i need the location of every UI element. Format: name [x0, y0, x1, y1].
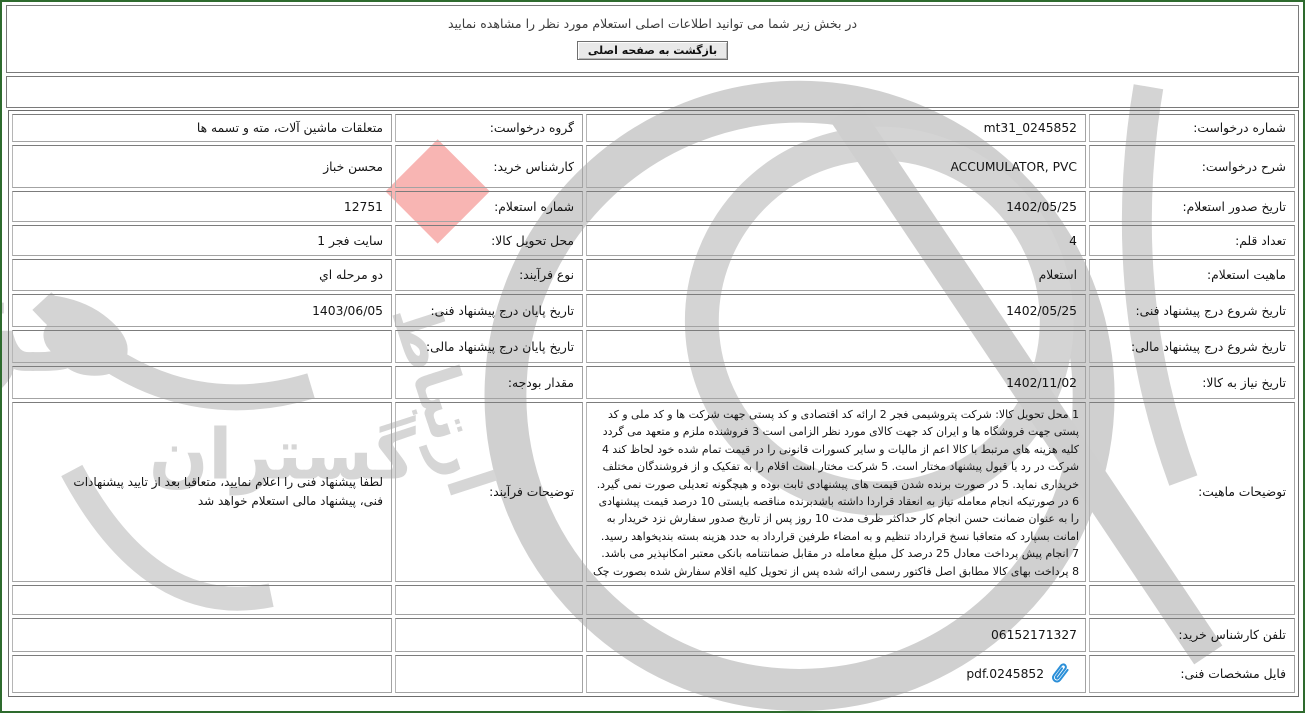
- fin-proposal-start-date-label: تاریخ شروع درج پیشنهاد مالی:: [1089, 330, 1295, 363]
- purchase-expert-value: محسن خباز: [12, 145, 392, 188]
- paperclip-icon[interactable]: [1047, 661, 1073, 687]
- table-row: فایل مشخصات فنی: pdf.0245852: [12, 655, 1295, 693]
- empty-band: [6, 76, 1299, 108]
- nature-description-value: 1 محل تحویل کالا: شرکت پتروشیمی فجر 2 ار…: [586, 402, 1086, 582]
- table-row: تلفن کارشناس خرید: 06152171327: [12, 618, 1295, 652]
- table-row: تاریخ صدور استعلام: 1402/05/25 شماره است…: [12, 191, 1295, 222]
- delivery-location-label: محل تحویل کالا:: [395, 225, 583, 256]
- table-row: ماهیت استعلام: استعلام نوع فرآیند: دو مر…: [12, 259, 1295, 291]
- table-row: تعداد قلم: 4 محل تحویل کالا: سایت فجر 1: [12, 225, 1295, 256]
- tech-proposal-start-date-label: تاریخ شروع درج پیشنهاد فنی:: [1089, 294, 1295, 327]
- header-box: در بخش زیر شما می توانید اطلاعات اصلی اس…: [6, 5, 1299, 73]
- budget-amount-value: [12, 366, 392, 399]
- empty-cell: [12, 655, 392, 693]
- inquiry-issue-date-label: تاریخ صدور استعلام:: [1089, 191, 1295, 222]
- purchase-expert-label: کارشناس خرید:: [395, 145, 583, 188]
- request-group-value: متعلقات ماشين آلات، مته و تسمه ها: [12, 114, 392, 142]
- button-row: بازگشت به صفحه اصلی: [7, 39, 1298, 60]
- process-description-value: لطفا پیشنهاد فنی را اعلام نمایید، متعاقب…: [12, 402, 392, 582]
- table-row: تاریخ شروع درج پیشنهاد مالی: تاریخ پایان…: [12, 330, 1295, 363]
- process-type-value: دو مرحله اي: [12, 259, 392, 291]
- request-description-value: ACCUMULATOR, PVC: [586, 145, 1086, 188]
- inquiry-details-page: هزاره گستران ارتباط در بخش زیر شما می تو…: [0, 0, 1305, 713]
- nature-description-label: توضیحات ماهیت:: [1089, 402, 1295, 582]
- empty-cell: [395, 655, 583, 693]
- request-number-value: mt31_0245852: [586, 114, 1086, 142]
- table-row: [12, 585, 1295, 615]
- delivery-location-value: سایت فجر 1: [12, 225, 392, 256]
- empty-cell: [12, 618, 392, 652]
- fin-proposal-start-date-value: [586, 330, 1086, 363]
- goods-need-date-value: 1402/11/02: [586, 366, 1086, 399]
- table-row: تاریخ شروع درج پیشنهاد فنی: 1402/05/25 ت…: [12, 294, 1295, 327]
- inquiry-number-value: 12751: [12, 191, 392, 222]
- tech-spec-file-value: pdf.0245852: [586, 655, 1086, 693]
- intro-text: در بخش زیر شما می توانید اطلاعات اصلی اس…: [7, 16, 1298, 31]
- budget-amount-label: مقدار بودجه:: [395, 366, 583, 399]
- request-description-label: شرح درخواست:: [1089, 145, 1295, 188]
- inquiry-issue-date-value: 1402/05/25: [586, 191, 1086, 222]
- tech-proposal-end-date-label: تاریخ پایان درج پیشنهاد فنی:: [395, 294, 583, 327]
- empty-cell: [12, 585, 392, 615]
- request-number-label: شماره درخواست:: [1089, 114, 1295, 142]
- inquiry-nature-label: ماهیت استعلام:: [1089, 259, 1295, 291]
- tech-proposal-start-date-value: 1402/05/25: [586, 294, 1086, 327]
- empty-cell: [1089, 585, 1295, 615]
- empty-cell: [395, 618, 583, 652]
- fin-proposal-end-date-value: [12, 330, 392, 363]
- table-row: تاریخ نیاز به کالا: 1402/11/02 مقدار بود…: [12, 366, 1295, 399]
- back-to-home-button[interactable]: بازگشت به صفحه اصلی: [577, 41, 728, 60]
- table-row: شماره درخواست: mt31_0245852 گروه درخواست…: [12, 114, 1295, 142]
- inquiry-details-table: شماره درخواست: mt31_0245852 گروه درخواست…: [8, 110, 1299, 697]
- inquiry-number-label: شماره استعلام:: [395, 191, 583, 222]
- request-group-label: گروه درخواست:: [395, 114, 583, 142]
- fin-proposal-end-date-label: تاریخ پایان درج پیشنهاد مالی:: [395, 330, 583, 363]
- item-count-label: تعداد قلم:: [1089, 225, 1295, 256]
- inquiry-nature-value: استعلام: [586, 259, 1086, 291]
- purchase-expert-phone-label: تلفن کارشناس خرید:: [1089, 618, 1295, 652]
- empty-cell: [586, 585, 1086, 615]
- item-count-value: 4: [586, 225, 1086, 256]
- table-row: توضیحات ماهیت: 1 محل تحویل کالا: شرکت پت…: [12, 402, 1295, 582]
- table-row: شرح درخواست: ACCUMULATOR, PVC کارشناس خر…: [12, 145, 1295, 188]
- goods-need-date-label: تاریخ نیاز به کالا:: [1089, 366, 1295, 399]
- tech-spec-file-label: فایل مشخصات فنی:: [1089, 655, 1295, 693]
- tech-proposal-end-date-value: 1403/06/05: [12, 294, 392, 327]
- process-type-label: نوع فرآیند:: [395, 259, 583, 291]
- empty-cell: [395, 585, 583, 615]
- process-description-label: توضیحات فرآیند:: [395, 402, 583, 582]
- tech-spec-file-link[interactable]: pdf.0245852: [966, 667, 1044, 681]
- purchase-expert-phone-value: 06152171327: [586, 618, 1086, 652]
